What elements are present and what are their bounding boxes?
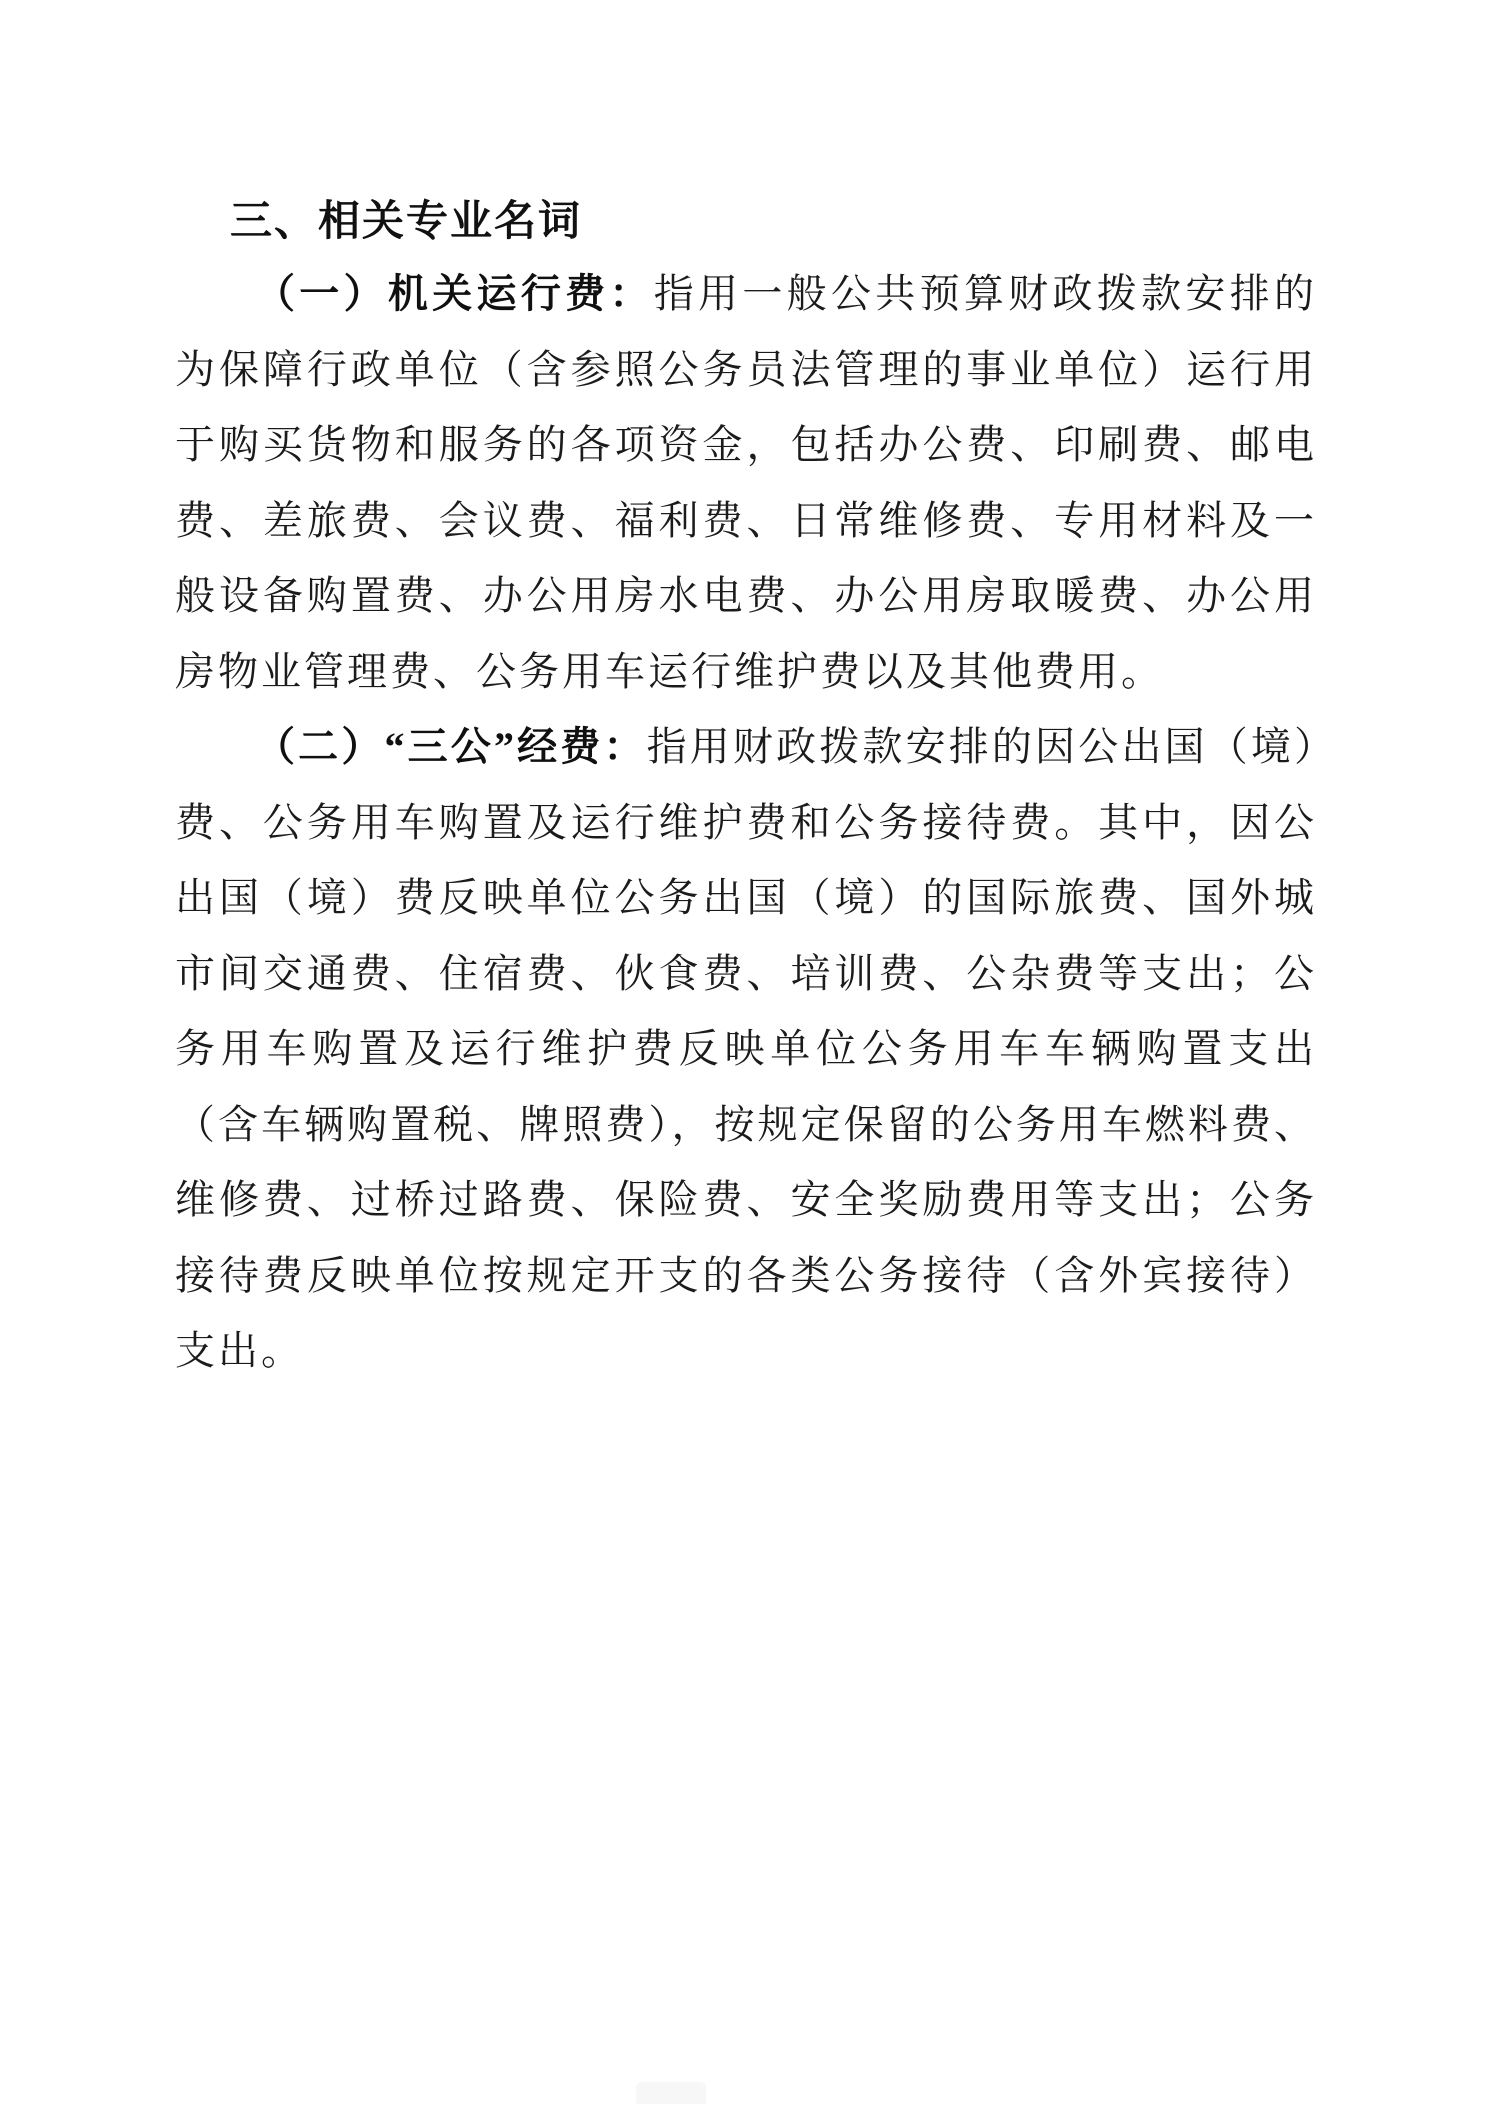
scan-artifact-smudge xyxy=(636,2082,706,2104)
section-title: 三、相关专业名词 xyxy=(230,188,582,248)
term-2-definition: 指用财政拨款安排的因公出国（境）费、公务用车购置及运行维护费和公务接待费。其中，… xyxy=(175,724,1317,1373)
term-1-label: （一）机关运行费： xyxy=(255,271,654,316)
paragraph-term-1: （一）机关运行费：指用一般公共预算财政拨款安排的为保障行政单位（含参照公务员法管… xyxy=(175,256,1317,709)
document-body: （一）机关运行费：指用一般公共预算财政拨款安排的为保障行政单位（含参照公务员法管… xyxy=(175,256,1317,1389)
term-2-label: （二）“三公”经费： xyxy=(255,724,647,769)
document-page: 三、相关专业名词 （一）机关运行费：指用一般公共预算财政拨款安排的为保障行政单位… xyxy=(0,0,1488,2104)
term-1-definition: 指用一般公共预算财政拨款安排的为保障行政单位（含参照公务员法管理的事业单位）运行… xyxy=(175,271,1317,694)
paragraph-term-2: （二）“三公”经费：指用财政拨款安排的因公出国（境）费、公务用车购置及运行维护费… xyxy=(175,709,1317,1389)
